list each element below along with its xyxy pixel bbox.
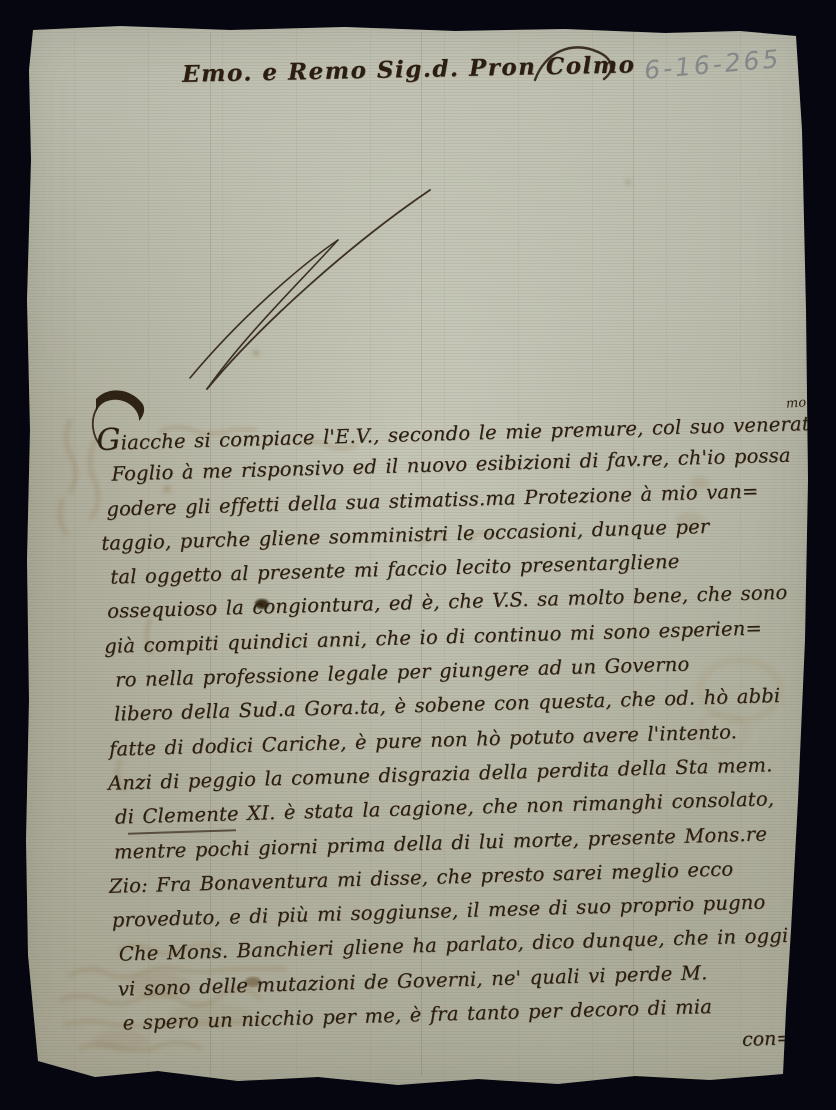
letter-paper: Emo. e Remo Sig.d. Pron Colmo 6-16-265 m… (0, 0, 836, 1110)
archival-number: 6-16-265 (643, 44, 782, 85)
salutation-line: Emo. e Remo Sig.d. Pron Colmo (182, 51, 642, 88)
photograph-background: Emo. e Remo Sig.d. Pron Colmo 6-16-265 m… (0, 0, 836, 1110)
catchword: con= (742, 1027, 793, 1051)
opening-paraph-mark (96, 390, 144, 421)
letter-body: Giacche si compiace l'E.V., secondo le m… (96, 404, 813, 1041)
